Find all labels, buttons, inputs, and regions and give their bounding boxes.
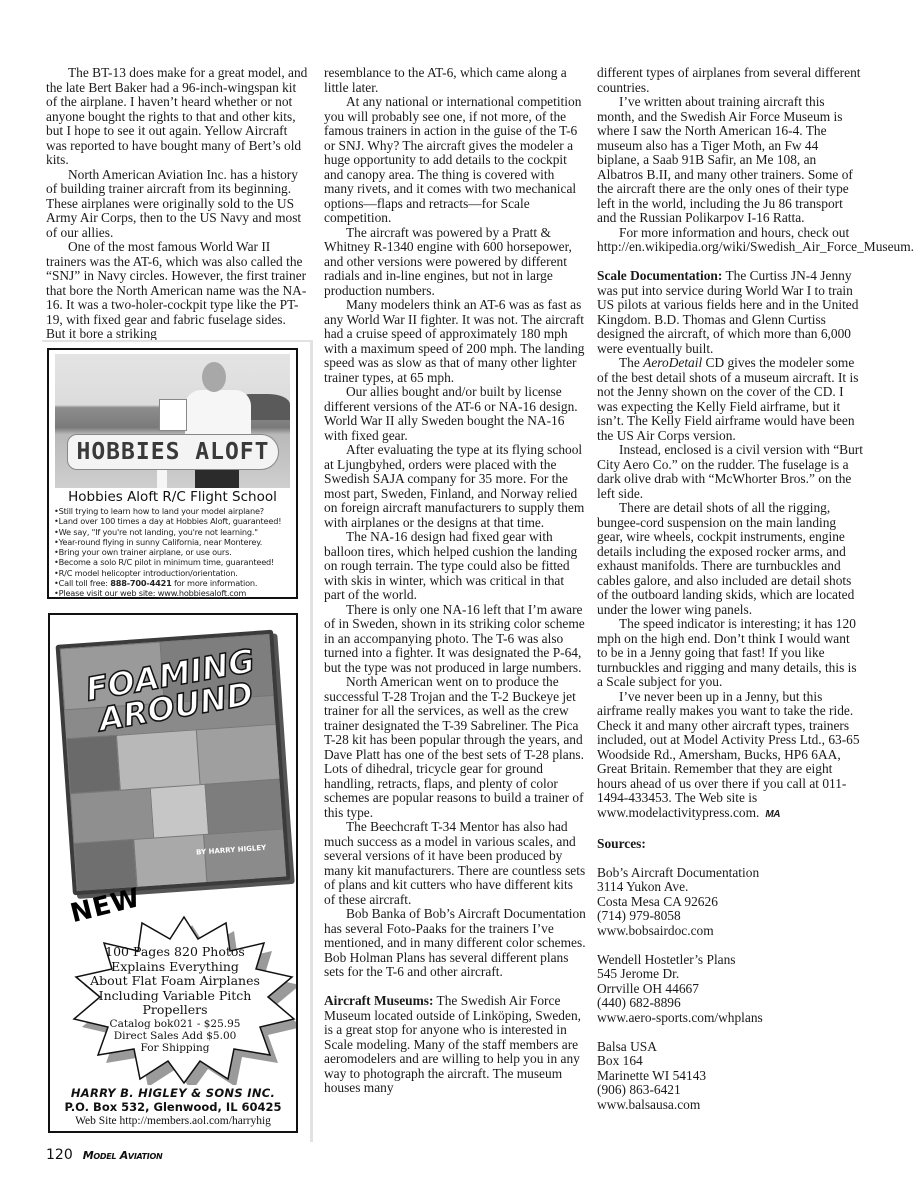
ad-photo: HOBBIES ALOFT	[55, 354, 290, 488]
call-text: Call toll free:	[59, 578, 111, 588]
helicopter-graphic	[159, 399, 187, 431]
star-line: Explains Everything	[80, 960, 270, 975]
hobbies-aloft-ad[interactable]: HOBBIES ALOFT Hobbies Aloft R/C Flight S…	[47, 348, 298, 599]
photo-tile	[133, 834, 208, 889]
paragraph: The BT-13 does make for a great model, a…	[46, 66, 308, 168]
paragraph: Our allies bought and/or built by licens…	[324, 385, 586, 443]
hobbies-aloft-sign: HOBBIES ALOFT	[67, 434, 279, 470]
source-city: Costa Mesa CA 92626	[597, 895, 863, 910]
photo-tile	[116, 729, 202, 792]
scale-documentation-section: Scale Documentation: The Curtiss JN-4 Je…	[597, 269, 863, 356]
photo-tile	[70, 788, 155, 846]
photo-tile	[66, 735, 122, 795]
bullet-item: Bring your own trainer airplane, or use …	[54, 547, 299, 557]
source-phone: (440) 682-8896	[597, 996, 863, 1011]
paragraph: Bob Banka of Bob’s Aircraft Documentatio…	[324, 907, 586, 980]
paragraph: Instead, enclosed is a civil version wit…	[597, 443, 863, 501]
paragraph: The NA-16 design had fixed gear with bal…	[324, 530, 586, 603]
bullet-item: Become a solo R/C pilot in minimum time,…	[54, 557, 299, 567]
source-city: Marinette WI 54143	[597, 1069, 863, 1084]
section-text: The Swedish Air Force Museum located out…	[324, 993, 581, 1095]
foaming-around-ad[interactable]: FOAMING AROUND BY HARRY HIGLEY NEW 100 P…	[48, 613, 298, 1133]
web-text: Please visit our web site:	[59, 588, 158, 598]
bullet-item: We say, "If you're not landing, you're n…	[54, 527, 299, 537]
star-line: Including Variable Pitch	[80, 989, 270, 1004]
paragraph: I’ve never been up in a Jenny, but this …	[597, 690, 863, 823]
photo-tile	[196, 724, 282, 787]
bullet-item-phone: Call toll free: 888-700-4421 for more in…	[54, 578, 299, 588]
paragraph: There is only one NA-16 left that I’m aw…	[324, 603, 586, 676]
paragraph: North American went on to produce the su…	[324, 675, 586, 820]
product-title: AeroDetail	[643, 355, 702, 370]
source-address: 3114 Yukon Ave.	[597, 880, 863, 895]
sources-heading: Sources:	[597, 837, 863, 852]
instructor-head-graphic	[202, 362, 226, 392]
source-city: Orrville OH 44667	[597, 982, 863, 997]
source-name: Bob’s Aircraft Documentation	[597, 866, 863, 881]
article-column-3: different types of airplanes from severa…	[597, 66, 863, 1112]
paragraph: resemblance to the AT-6, which came alon…	[324, 66, 586, 95]
company-address: P.O. Box 532, Glenwood, IL 60425	[50, 1100, 296, 1114]
paragraph: After evaluating the type at its flying …	[324, 443, 586, 530]
section-heading: Aircraft Museums:	[324, 993, 433, 1008]
source-address: 545 Jerome Dr.	[597, 967, 863, 982]
call-text-tail: for more information.	[172, 578, 258, 588]
paragraph: Many modelers think an AT-6 was as fast …	[324, 298, 586, 385]
photo-tile	[205, 778, 285, 835]
starburst-text: 100 Pages 820 Photos Explains Everything…	[80, 945, 270, 1054]
source-name: Wendell Hostetler’s Plans	[597, 953, 863, 968]
paragraph: At any national or international competi…	[324, 95, 586, 226]
bullet-item: R/C model helicopter introduction/orient…	[54, 568, 299, 578]
shipping-line: For Shipping	[80, 1042, 270, 1054]
bullet-item: Still trying to learn how to land your m…	[54, 506, 299, 516]
website-link[interactable]: www.hobbiesaloft.com	[158, 588, 246, 598]
page-number: 120	[46, 1147, 73, 1163]
ad-title: Hobbies Aloft R/C Flight School	[49, 489, 296, 505]
paragraph: The Beechcraft T-34 Mentor has also had …	[324, 820, 586, 907]
section-heading: Scale Documentation:	[597, 268, 722, 283]
section-heading: Sources:	[597, 836, 646, 851]
source-entry: Wendell Hostetler’s Plans 545 Jerome Dr.…	[597, 953, 863, 1026]
price-line: Catalog bok021 - $25.95	[80, 1018, 270, 1030]
photo-tile	[203, 828, 288, 884]
source-phone: (714) 979-8058	[597, 909, 863, 924]
source-website[interactable]: www.bobsairdoc.com	[597, 924, 863, 939]
paragraph: The speed indicator is interesting; it h…	[597, 617, 863, 690]
text: The	[619, 355, 643, 370]
star-line: 100 Pages 820 Photos	[80, 945, 270, 960]
paragraph: I’ve written about training aircraft thi…	[597, 95, 863, 226]
book-cover-graphic: FOAMING AROUND BY HARRY HIGLEY	[56, 630, 291, 896]
paragraph: There are detail shots of all the riggin…	[597, 501, 863, 617]
paragraph: different types of airplanes from severa…	[597, 66, 863, 95]
paragraph: The AeroDetail CD gives the modeler some…	[597, 356, 863, 443]
source-entry: Balsa USA Box 164 Marinette WI 54143 (90…	[597, 1040, 863, 1113]
article-column-2: resemblance to the AT-6, which came alon…	[324, 66, 586, 1096]
paragraph: One of the most famous World War II trai…	[46, 240, 308, 342]
sign-post-graphic	[157, 468, 167, 488]
museums-section: Aircraft Museums: The Swedish Air Force …	[324, 994, 586, 1096]
phone-number[interactable]: 888-700-4421	[110, 578, 171, 588]
source-address: Box 164	[597, 1054, 863, 1069]
bullet-item: Year-round flying in sunny California, n…	[54, 537, 299, 547]
paragraph: For more information and hours, check ou…	[597, 226, 863, 255]
closing-text: I’ve never been up in a Jenny, but this …	[597, 689, 860, 820]
source-phone: (906) 863-6421	[597, 1083, 863, 1098]
source-entry: Bob’s Aircraft Documentation 3114 Yukon …	[597, 866, 863, 939]
source-website[interactable]: www.balsausa.com	[597, 1098, 863, 1113]
star-line: Propellers	[80, 1003, 270, 1018]
company-website[interactable]: Web Site http://members.aol.com/harryhig	[50, 1115, 296, 1127]
ad-bullet-list: Still trying to learn how to land your m…	[54, 506, 299, 599]
paragraph: North American Aviation Inc. has a histo…	[46, 168, 308, 241]
paragraph: The aircraft was powered by a Pratt & Wh…	[324, 226, 586, 299]
magazine-name: Model Aviation	[83, 1149, 163, 1162]
star-line: About Flat Foam Airplanes	[80, 974, 270, 989]
photo-tile	[150, 784, 210, 840]
company-name: HARRY B. HIGLEY & SONS INC.	[50, 1086, 296, 1100]
source-name: Balsa USA	[597, 1040, 863, 1055]
article-column-1: The BT-13 does make for a great model, a…	[46, 66, 308, 342]
ma-signoff: MA	[765, 809, 780, 820]
source-website[interactable]: www.aero-sports.com/whplans	[597, 1011, 863, 1026]
bullet-item-web: Please visit our web site: www.hobbiesal…	[54, 588, 299, 598]
bullet-item: Land over 100 times a day at Hobbies Alo…	[54, 516, 299, 526]
shipping-line: Direct Sales Add $5.00	[80, 1030, 270, 1042]
page-footer: 120 Model Aviation	[46, 1147, 162, 1163]
